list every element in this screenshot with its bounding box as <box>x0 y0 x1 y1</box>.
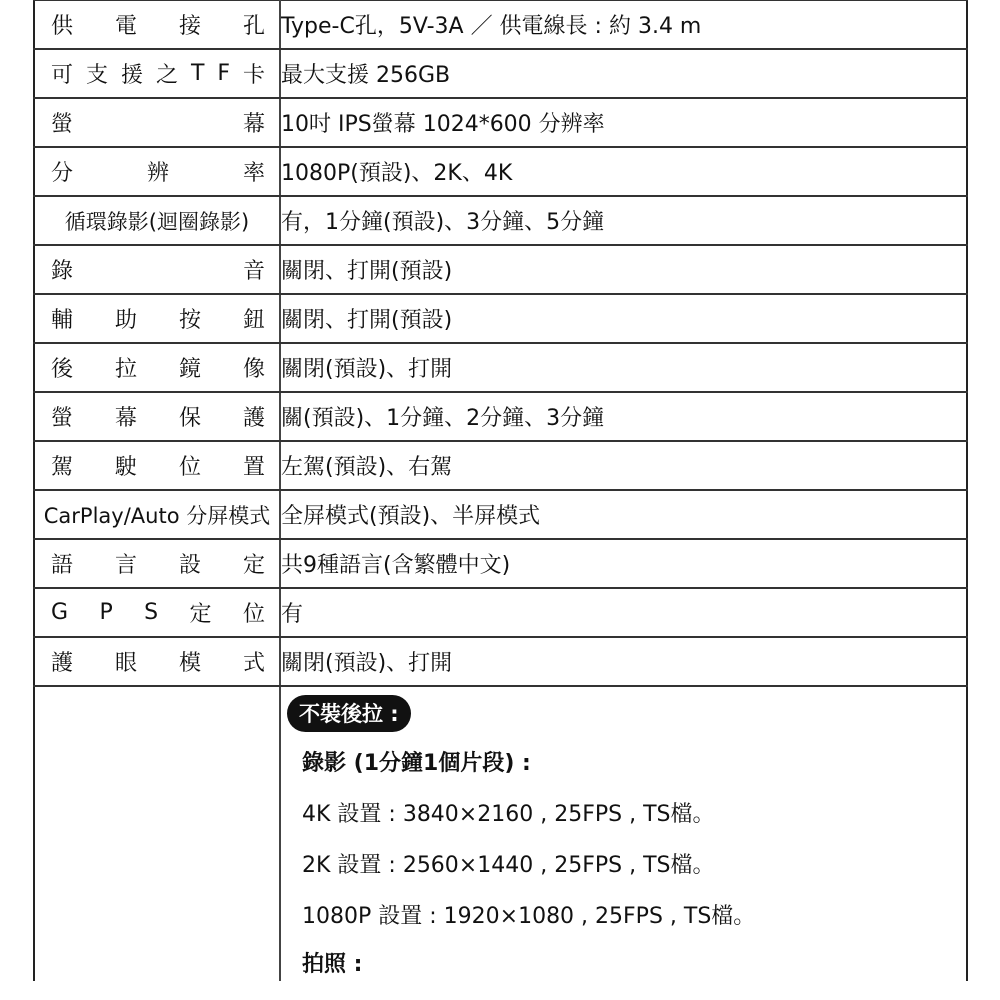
table-row: 語言設定 共9種語言(含繁體中文) <box>34 539 967 588</box>
row-value: 關閉(預設)、打開 <box>280 343 967 392</box>
table-row: 駕駛位置 左駕(預設)、右駕 <box>34 441 967 490</box>
row-label: 駕駛位置 <box>35 450 279 481</box>
row-label: 可支援之TF卡 <box>35 58 279 89</box>
row-value: 關(預設)、1分鐘、2分鐘、3分鐘 <box>280 392 967 441</box>
recording-details-cell: 不裝後拉 : 錄影 (1分鐘1個片段) : 4K 設置 : 3840×2160 … <box>280 686 967 981</box>
table-row: 輔助按鈕 關閉、打開(預設) <box>34 294 967 343</box>
row-label: 螢幕保護 <box>35 401 279 432</box>
row-label: 後拉鏡像 <box>35 352 279 383</box>
row-label: 循環錄影(迴圈錄影) <box>35 206 279 236</box>
table-row: CarPlay/Auto 分屏模式 全屏模式(預設)、半屏模式 <box>34 490 967 539</box>
table-row: 供電接孔 Type-C孔，5V-3A ／ 供電線長 : 約 3.4 m <box>34 0 967 49</box>
table-row: 後拉鏡像 關閉(預設)、打開 <box>34 343 967 392</box>
row-value: 關閉、打開(預設) <box>280 245 967 294</box>
recording-details: 不裝後拉 : 錄影 (1分鐘1個片段) : 4K 設置 : 3840×2160 … <box>281 687 966 981</box>
row-value: 最大支援 256GB <box>280 49 967 98</box>
photo-title: 拍照 : <box>302 949 966 981</box>
table-row: 分辨率 1080P(預設)、2K、4K <box>34 147 967 196</box>
row-value: 共9種語言(含繁體中文) <box>280 539 967 588</box>
table-row: 護眼模式 關閉(預設)、打開 <box>34 637 967 686</box>
row-value: 有，1分鐘(預設)、3分鐘、5分鐘 <box>280 196 967 245</box>
no-rear-camera-badge: 不裝後拉 : <box>287 695 411 732</box>
row-label: 分辨率 <box>35 156 279 187</box>
row-value: 關閉、打開(預設) <box>280 294 967 343</box>
row-label: CarPlay/Auto 分屏模式 <box>35 500 279 530</box>
table-row: 循環錄影(迴圈錄影) 有，1分鐘(預設)、3分鐘、5分鐘 <box>34 196 967 245</box>
row-label: 護眼模式 <box>35 646 279 677</box>
recording-title: 錄影 (1分鐘1個片段) : <box>302 748 966 780</box>
recording-spec-1080p: 1080P 設置 : 1920×1080 , 25FPS , TS檔。 <box>302 900 966 933</box>
table-row: 螢幕保護 關(預設)、1分鐘、2分鐘、3分鐘 <box>34 392 967 441</box>
row-value: 關閉(預設)、打開 <box>280 637 967 686</box>
row-value: 有 <box>280 588 967 637</box>
row-label: 螢幕 <box>35 107 279 138</box>
table-row: 螢幕 10吋 IPS螢幕 1024*600 分辨率 <box>34 98 967 147</box>
row-label: 輔助按鈕 <box>35 303 279 334</box>
row-label: 錄音 <box>35 254 279 285</box>
table-row: GPS定位 有 <box>34 588 967 637</box>
row-label: 語言設定 <box>35 548 279 579</box>
empty-label-cell <box>34 686 280 981</box>
table-row-recording-details: 不裝後拉 : 錄影 (1分鐘1個片段) : 4K 設置 : 3840×2160 … <box>34 686 967 981</box>
row-value: 左駕(預設)、右駕 <box>280 441 967 490</box>
recording-spec-4k: 4K 設置 : 3840×2160 , 25FPS , TS檔。 <box>302 798 966 831</box>
recording-spec-2k: 2K 設置 : 2560×1440 , 25FPS , TS檔。 <box>302 849 966 882</box>
row-label: GPS定位 <box>35 597 279 628</box>
spec-table: 供電接孔 Type-C孔，5V-3A ／ 供電線長 : 約 3.4 m 可支援之… <box>33 0 968 981</box>
row-value: 10吋 IPS螢幕 1024*600 分辨率 <box>280 98 967 147</box>
row-label: 供電接孔 <box>35 9 279 40</box>
table-row: 可支援之TF卡 最大支援 256GB <box>34 49 967 98</box>
row-value: 全屏模式(預設)、半屏模式 <box>280 490 967 539</box>
row-value: Type-C孔，5V-3A ／ 供電線長 : 約 3.4 m <box>280 0 967 49</box>
row-value: 1080P(預設)、2K、4K <box>280 147 967 196</box>
table-row: 錄音 關閉、打開(預設) <box>34 245 967 294</box>
